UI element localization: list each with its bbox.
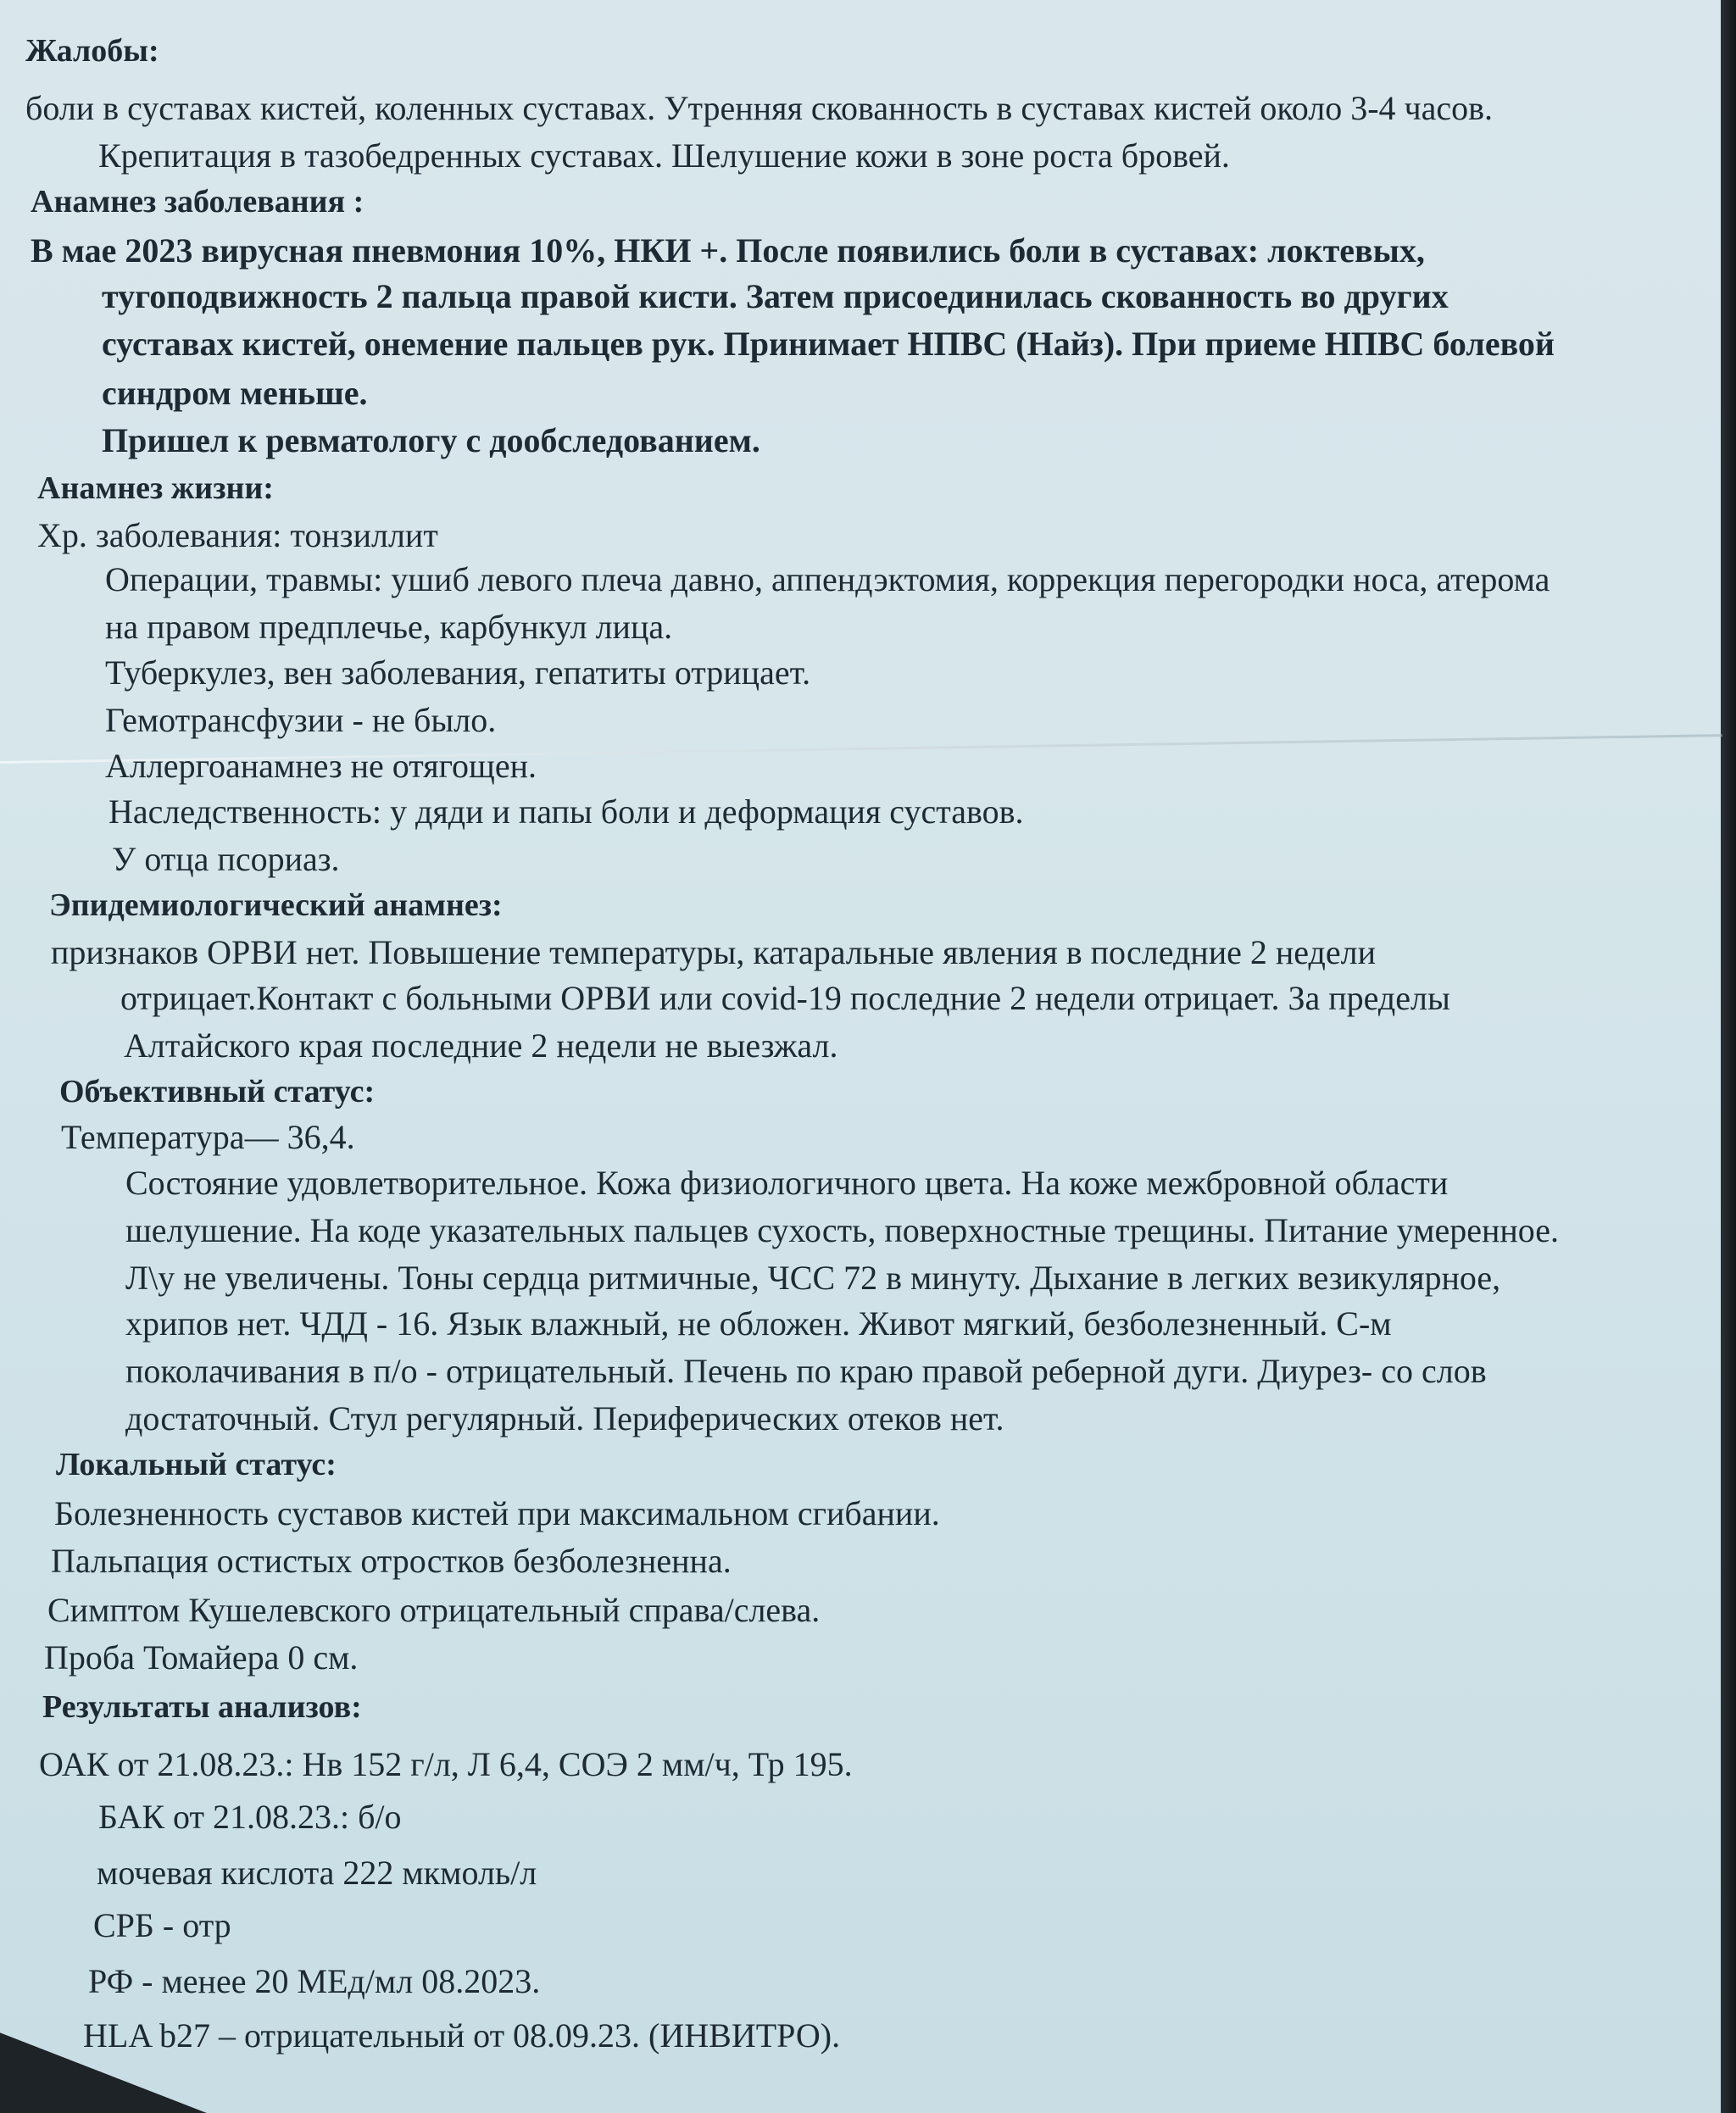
lab-result-line: СРБ - отр bbox=[93, 1905, 231, 1946]
life-history-line: Операции, травмы: ушиб левого плеча давн… bbox=[105, 559, 1550, 600]
section-heading-disease-history: Анамнез заболевания : bbox=[31, 181, 364, 222]
section-heading-life-history: Анамнез жизни: bbox=[37, 468, 274, 509]
life-history-line: Аллергоанамнез не отягощен. bbox=[105, 746, 537, 787]
life-history-line: Туберкулез, вен заболевания, гепатиты от… bbox=[105, 653, 810, 693]
objective-status-line: Л\у не увеличены. Тоны сердца ритмичные,… bbox=[125, 1258, 1500, 1298]
section-heading-objective-status: Объективный статус: bbox=[59, 1071, 375, 1112]
local-status-line: Пальпация остистых отростков безболезнен… bbox=[51, 1541, 732, 1582]
epidemiological-line: Алтайского края последние 2 недели не вы… bbox=[124, 1026, 837, 1066]
life-history-line: У отца псориаз. bbox=[112, 839, 340, 880]
objective-status-line: достаточный. Стул регулярный. Перифериче… bbox=[125, 1398, 1004, 1439]
local-status-line: Симптом Кушелевского отрицательный справ… bbox=[47, 1590, 820, 1631]
epidemiological-line: отрицает.Контакт с больными ОРВИ или cov… bbox=[120, 978, 1450, 1019]
life-history-line: Гемотрансфузии - не было. bbox=[105, 700, 496, 741]
lab-result-line: РФ - менее 20 МЕд/мл 08.2023. bbox=[88, 1961, 540, 2002]
lab-result-line: ОАК от 21.08.23.: Нв 152 г/л, Л 6,4, СОЭ… bbox=[39, 1744, 853, 1785]
objective-status-line: хрипов нет. ЧДД - 16. Язык влажный, не о… bbox=[125, 1304, 1392, 1344]
lab-result-line: БАК от 21.08.23.: б/о bbox=[98, 1797, 402, 1838]
disease-history-line: В мае 2023 вирусная пневмония 10%, НКИ +… bbox=[31, 231, 1425, 271]
objective-status-line: Состояние удовлетворительное. Кожа физио… bbox=[125, 1163, 1448, 1204]
objective-status-line: поколачивания в п/о - отрицательный. Печ… bbox=[125, 1351, 1487, 1392]
local-status-line: Болезненность суставов кистей при максим… bbox=[54, 1493, 940, 1534]
complaints-line: Крепитация в тазобедренных суставах. Шел… bbox=[98, 136, 1230, 176]
disease-history-line: суставах кистей, онемение пальцев рук. П… bbox=[102, 324, 1555, 364]
life-history-line: на правом предплечье, карбункул лица. bbox=[105, 607, 672, 648]
dark-background-edge bbox=[1721, 0, 1736, 2113]
lab-result-line: мочевая кислота 222 мкмоль/л bbox=[97, 1853, 537, 1893]
section-heading-lab-results: Результаты анализов: bbox=[42, 1687, 362, 1727]
complaints-line: боли в суставах кистей, коленных сустава… bbox=[25, 88, 1493, 129]
objective-status-line: Температура— 36,4. bbox=[61, 1117, 355, 1158]
epidemiological-line: признаков ОРВИ нет. Повышение температур… bbox=[51, 932, 1376, 973]
disease-history-line: синдром меньше. bbox=[102, 373, 368, 414]
life-history-line: Хр. заболевания: тонзиллит bbox=[37, 515, 438, 556]
section-heading-local-status: Локальный статус: bbox=[56, 1444, 337, 1485]
lab-result-line: HLA b27 – отрицательный от 08.09.23. (ИН… bbox=[83, 2016, 840, 2056]
objective-status-line: шелушение. На коде указательных пальцев … bbox=[125, 1210, 1559, 1251]
life-history-line: Наследственность: у дяди и папы боли и д… bbox=[108, 792, 1024, 832]
section-heading-complaints: Жалобы: bbox=[25, 31, 159, 71]
section-heading-epidemiological: Эпидемиологический анамнез: bbox=[49, 885, 503, 926]
disease-history-line: тугоподвижность 2 пальца правой кисти. З… bbox=[102, 276, 1449, 317]
disease-history-line: Пришел к ревматологу с дообследованием. bbox=[102, 420, 760, 461]
local-status-line: Проба Томайера 0 см. bbox=[44, 1638, 358, 1678]
